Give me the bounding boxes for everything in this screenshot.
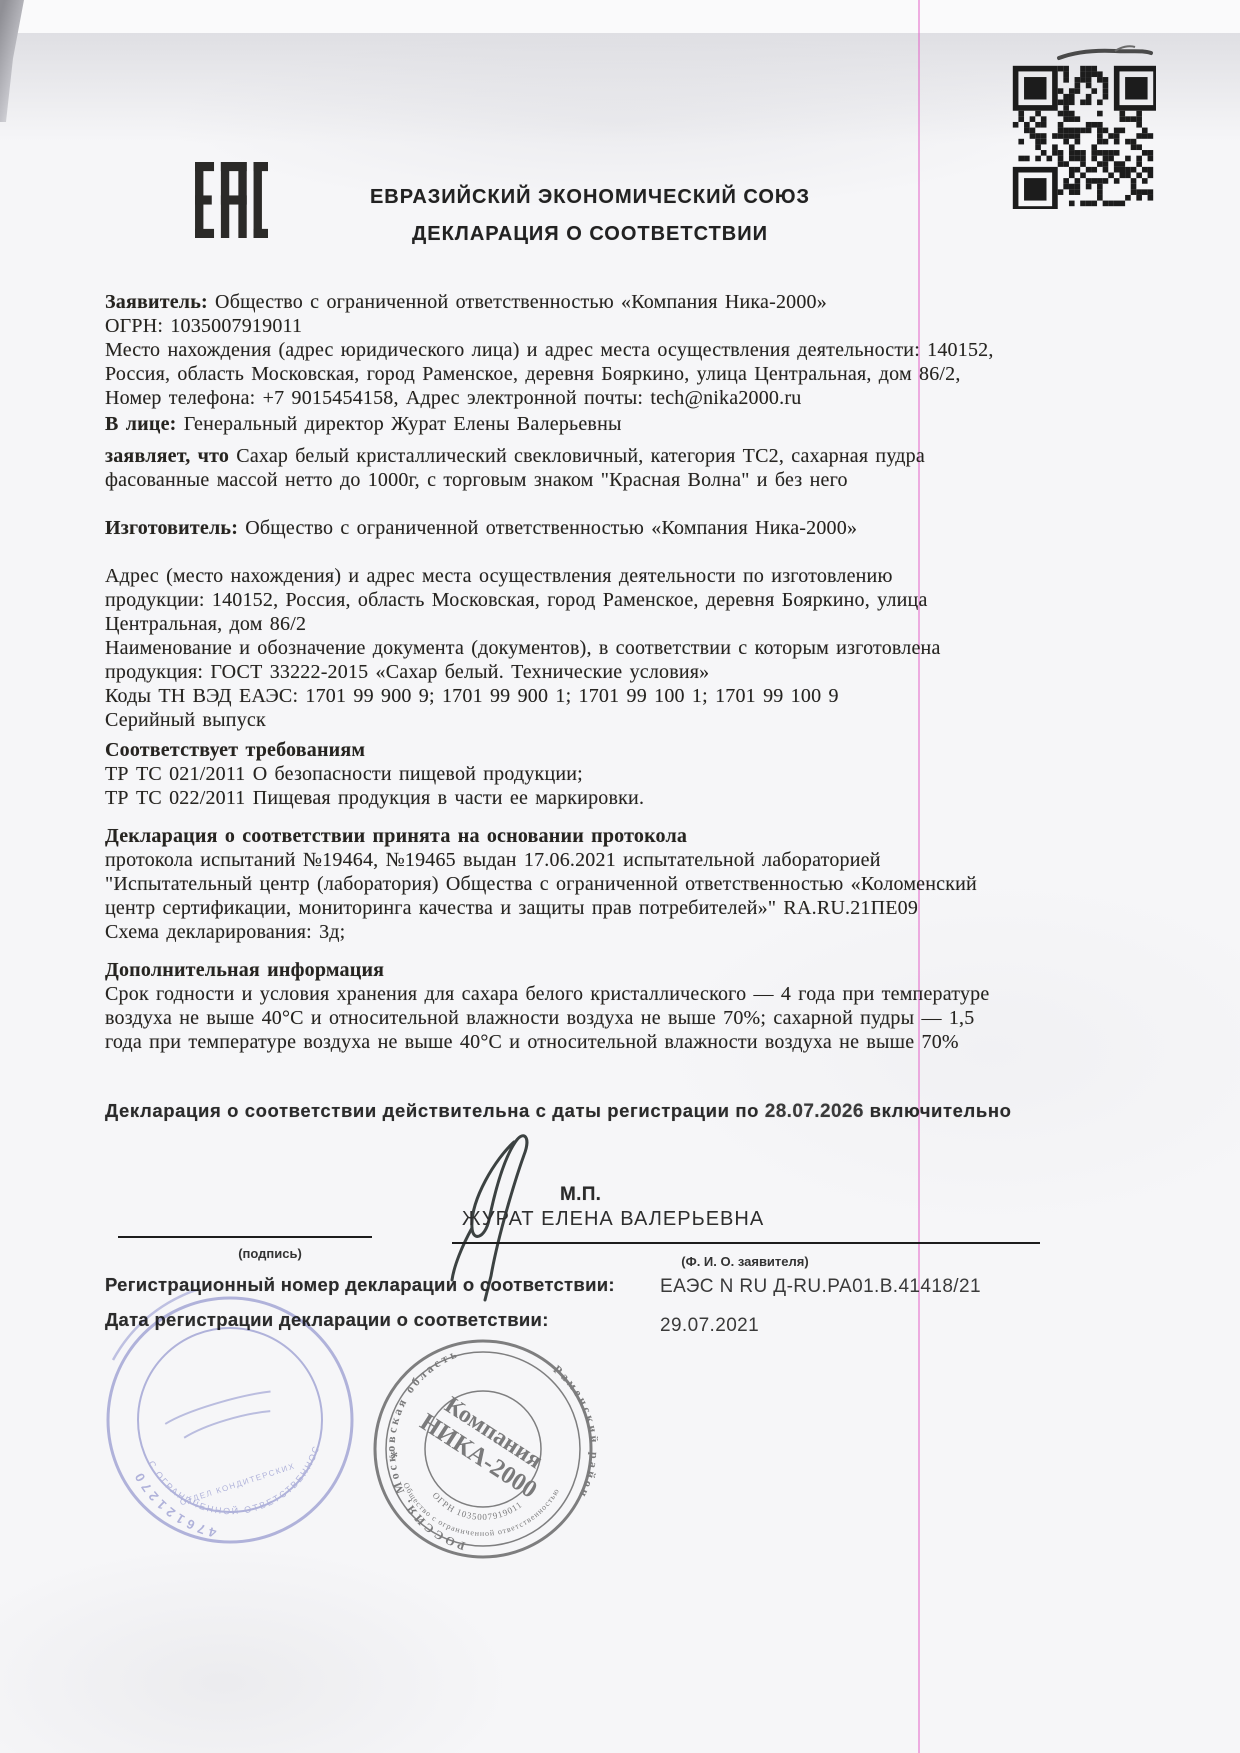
applicant-fullname: ЖУРАТ ЕЛЕНА ВАЛЕРЬЕВНА (462, 1208, 764, 1231)
mp-label: М.П. (560, 1184, 601, 1206)
declares-product-line1: Сахар белый кристаллический свекловичный… (229, 445, 925, 467)
manufacturer-name: Общество с ограниченной ответственностью… (238, 517, 857, 539)
reg-number-value: ЕАЭС N RU Д-RU.РА01.В.41418/21 (660, 1276, 981, 1298)
declares-lines: Адрес (место нахождения) и адрес места о… (105, 564, 1115, 732)
scan-scribble-artifact (1055, 42, 1155, 66)
doc-title-union: ЕВРАЗИЙСКИЙ ЭКОНОМИЧЕСКИЙ СОЮЗ (0, 186, 1180, 209)
scan-top-edge (0, 0, 1240, 33)
name-line (452, 1242, 1040, 1244)
blue-round-stamp: 476121270 С ОГРАНИЧЕННОЙ ОТВЕТСТВЕННОСТЬ… (95, 1290, 375, 1570)
name-caption: (Ф. И. О. заявителя) (600, 1254, 890, 1269)
manufacturer-label: Изготовитель: (105, 517, 238, 539)
validity-suffix: включительно (870, 1100, 1012, 1121)
applicant-name: Общество с ограниченной ответственностью… (208, 291, 827, 313)
validity-line: Декларация о соответствии действительна … (105, 1100, 1135, 1123)
compliance-header: Соответствует требованиям (105, 738, 365, 762)
additional-lines: Срок годности и условия хранения для сах… (105, 982, 1115, 1054)
declares-product-line2: фасованные массой нетто до 1000г, с торг… (105, 468, 1115, 492)
manufacturer-line: Изготовитель: Общество с ограниченной от… (105, 516, 1115, 540)
document-page: ЕВРАЗИЙСКИЙ ЭКОНОМИЧЕСКИЙ СОЮЗ ДЕКЛАРАЦИ… (0, 0, 1240, 1753)
additional-header: Дополнительная информация (105, 958, 384, 982)
company-round-stamp: РОССИЯ, Московская область Раменский рай… (368, 1334, 598, 1564)
doc-title-declaration: ДЕКЛАРАЦИЯ О СООТВЕТСТВИИ (0, 223, 1180, 246)
validity-date: 28.07.2026 (765, 1101, 864, 1122)
signature-caption: (подпись) (205, 1246, 335, 1261)
declares-label: заявляет, что (105, 445, 229, 467)
reg-date-value: 29.07.2021 (660, 1315, 759, 1337)
compliance-lines: ТР ТС 021/2011 О безопасности пищевой пр… (105, 762, 1005, 810)
blue-stamp-arc-text: С ОГРАНИЧЕННОЙ ОТВЕТСТВЕННОСТЬЮ (95, 1290, 322, 1516)
applicant-label: Заявитель: (105, 291, 208, 313)
svg-text:С ОГРАНИЧЕННОЙ ОТВЕТСТВЕННОСТЬ: С ОГРАНИЧЕННОЙ ОТВЕТСТВЕННОСТЬЮ (95, 1290, 322, 1516)
signature-line (118, 1236, 372, 1238)
basis-header: Декларация о соответствии принята на осн… (105, 824, 687, 848)
basis-lines: протокола испытаний №19464, №19465 выдан… (105, 848, 1115, 944)
validity-prefix: Декларация о соответствии действительна … (105, 1100, 759, 1121)
gray-stamp-star: * (390, 1449, 398, 1466)
para-declares: заявляет, что Сахар белый кристаллически… (105, 420, 1115, 756)
